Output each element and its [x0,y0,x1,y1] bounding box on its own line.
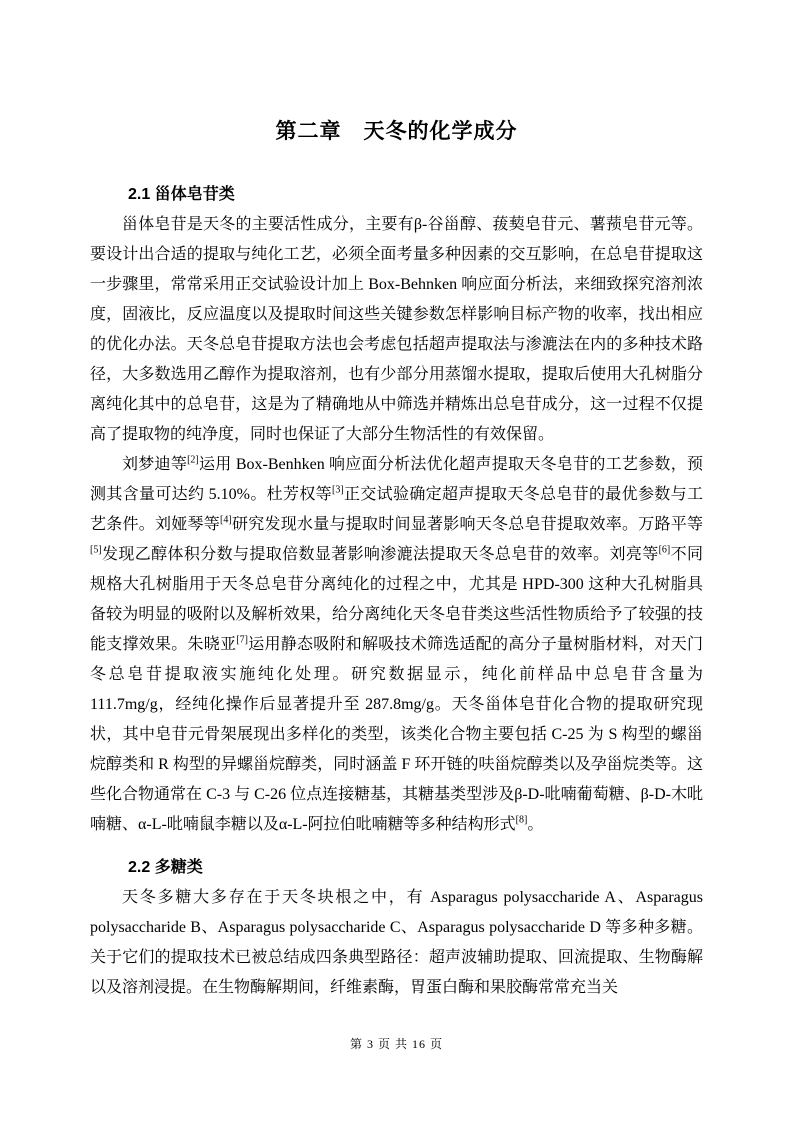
text-run: 研究发现水量与提取时间显著影响天冬总皂苷提取效率。万路平等 [232,516,703,533]
citation-ref: [6] [659,545,671,556]
citation-ref: [2] [187,455,199,466]
paragraph-saponin-research: 刘梦迪等[2]运用 Box-Benhken 响应面分析法优化超声提取天冬皂苷的工… [90,450,703,840]
citation-ref: [8] [516,815,528,826]
citation-ref: [7] [236,635,248,646]
paragraph-saponin-overview: 甾体皂苷是天冬的主要活性成分，主要有β-谷甾醇、菝葜皂苷元、薯蓣皂苷元等。要设计… [90,210,703,450]
text-run: 。 [527,816,543,833]
text-run: 甾体皂苷是天冬的主要活性成分，主要有β-谷甾醇、菝葜皂苷元、薯蓣皂苷元等。要设计… [90,216,703,443]
text-run: 运用静态吸附和解吸技术筛选适配的高分子量树脂材料，对天门冬总皂苷提取液实施纯化处… [90,636,703,833]
section-heading-2-2: 2.2 多糖类 [90,853,703,883]
citation-ref: [3] [332,485,344,496]
citation-ref: [5] [90,545,102,556]
text-run: 发现乙醇体积分数与提取倍数显著影响渗漉法提取天冬总皂苷的效率。刘亮等 [102,546,659,563]
section-heading-2-1: 2.1 甾体皂苷类 [90,180,703,210]
citation-ref: [4] [220,515,232,526]
page-number-footer: 第 3 页 共 16 页 [0,1036,793,1052]
paragraph-polysaccharide: 天冬多糖大多存在于天冬块根之中，有 Asparagus polysacchari… [90,883,703,1003]
document-page: 第二章 天冬的化学成分 2.1 甾体皂苷类 甾体皂苷是天冬的主要活性成分，主要有… [0,0,793,1122]
page-content: 第二章 天冬的化学成分 2.1 甾体皂苷类 甾体皂苷是天冬的主要活性成分，主要有… [90,116,703,1003]
text-run: 刘梦迪等 [122,456,187,473]
chapter-title: 第二章 天冬的化学成分 [90,116,703,148]
text-run: 天冬多糖大多存在于天冬块根之中，有 Asparagus polysacchari… [90,889,703,996]
